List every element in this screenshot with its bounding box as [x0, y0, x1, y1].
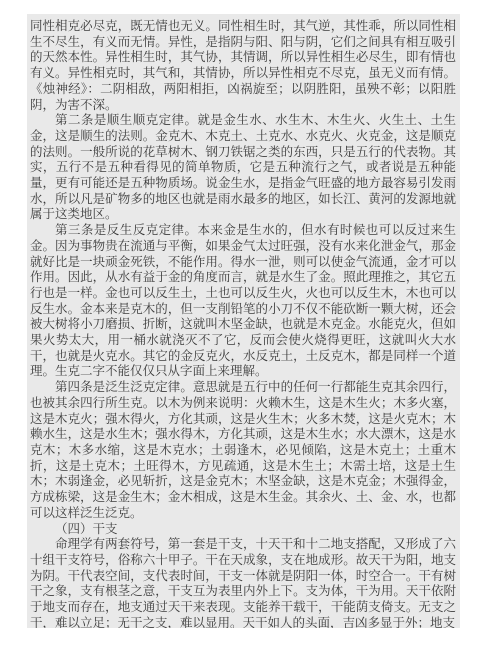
- section-heading-ganzhi: （四）干支: [30, 521, 456, 537]
- paragraph-rule4-fan-sheng-fan-ke: 第四条是泛生泛克定律。意思就是五行中的任何一行都能生克其余四行，也被其余四行所生…: [30, 379, 456, 520]
- paragraph-ganzhi-intro: 命理学有两套符号，第一套是干支，十天干和十二地支搭配，又形成了六十组干支符号，俗…: [30, 536, 456, 628]
- paragraph-rule2-shun-sheng-shun-ke: 第二条是顺生顺克定律。就是金生水、水生木、木生火、火生土、土生金，这是顺生的法则…: [30, 112, 456, 222]
- page: 同性相克必尽克，既无情也无义。同性相生时，其气逆，其性乖，所以同性相生不尽生，有…: [0, 0, 486, 656]
- scanned-text-block: 同性相克必尽克，既无情也无义。同性相生时，其气逆，其性乖，所以同性相生不尽生，有…: [27, 14, 460, 628]
- paragraph-same-polarity-sheng-ke: 同性相克必尽克，既无情也无义。同性相生时，其气逆，其性乖，所以同性相生不尽生，有…: [30, 18, 456, 112]
- paragraph-rule3-fan-sheng-fan-ke: 第三条是反生反克定律。本来金是生水的，但水有时候也可以反过来生金。因为事物贵在流…: [30, 222, 456, 379]
